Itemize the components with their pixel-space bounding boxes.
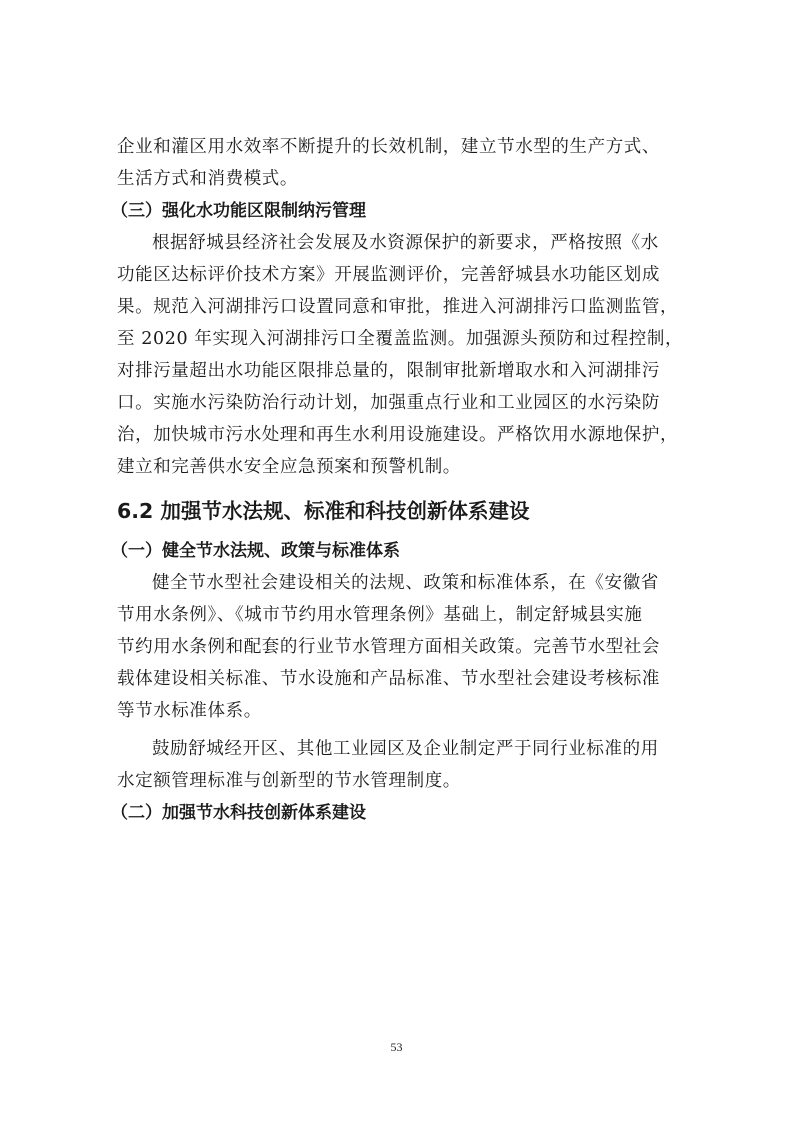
text-line: 鼓励舒城经开区、其他工业园区及企业制定严于同行业标准的用	[117, 733, 679, 765]
continuation-paragraph: 企业和灌区用水效率不断提升的长效机制，建立节水型的生产方式、 生活方式和消费模式…	[117, 131, 679, 195]
text-line: 等节水标准体系。	[117, 695, 679, 727]
text-line: 根据舒城县经济社会发展及水资源保护的新要求，严格按照《水	[117, 227, 679, 259]
text-line: 节用水条例》、《城市节约用水管理条例》基础上，制定舒城县实施	[117, 599, 679, 631]
text-line: 生活方式和消费模式。	[117, 163, 679, 195]
text-line: 至 2020 年实现入河湖排污口全覆盖监测。加强源头预防和过程控制，	[117, 323, 679, 355]
section-heading-6-2: 6.2 加强节水法规、标准和科技创新体系建设	[117, 491, 679, 531]
subsection-1-paragraph-1: 健全节水型社会建设相关的法规、政策和标准体系，在《安徽省 节用水条例》、《城市节…	[117, 567, 679, 727]
text-line: 对排污量超出水功能区限排总量的，限制审批新增取水和入河湖排污	[117, 355, 679, 387]
text-line: 建立和完善供水安全应急预案和预警机制。	[117, 451, 679, 483]
text-line: 企业和灌区用水效率不断提升的长效机制，建立节水型的生产方式、	[117, 131, 679, 163]
subsection-heading-1: （一）健全节水法规、政策与标准体系	[111, 535, 679, 567]
subsection-heading-3: （三）强化水功能区限制纳污管理	[111, 195, 679, 227]
subsection-3-paragraph: 根据舒城县经济社会发展及水资源保护的新要求，严格按照《水 功能区达标评价技术方案…	[117, 227, 679, 483]
text-line: 口。实施水污染防治行动计划，加强重点行业和工业园区的水污染防	[117, 387, 679, 419]
subsection-heading-2: （二）加强节水科技创新体系建设	[111, 797, 679, 829]
text-line: 节约用水条例和配套的行业节水管理方面相关政策。完善节水型社会	[117, 631, 679, 663]
text-line: 载体建设相关标准、节水设施和产品标准、节水型社会建设考核标准	[117, 663, 679, 695]
text-line: 功能区达标评价技术方案》开展监测评价，完善舒城县水功能区划成	[117, 259, 679, 291]
text-line: 果。规范入河湖排污口设置同意和审批，推进入河湖排污口监测监管，	[117, 291, 679, 323]
text-line: 水定额管理标准与创新型的节水管理制度。	[117, 765, 679, 797]
text-line: 治，加快城市污水处理和再生水利用设施建设。严格饮用水源地保护，	[117, 419, 679, 451]
document-page: 企业和灌区用水效率不断提升的长效机制，建立节水型的生产方式、 生活方式和消费模式…	[117, 131, 679, 829]
page-number: 53	[0, 1040, 793, 1055]
subsection-1-paragraph-2: 鼓励舒城经开区、其他工业园区及企业制定严于同行业标准的用 水定额管理标准与创新型…	[117, 733, 679, 797]
text-line: 健全节水型社会建设相关的法规、政策和标准体系，在《安徽省	[117, 567, 679, 599]
